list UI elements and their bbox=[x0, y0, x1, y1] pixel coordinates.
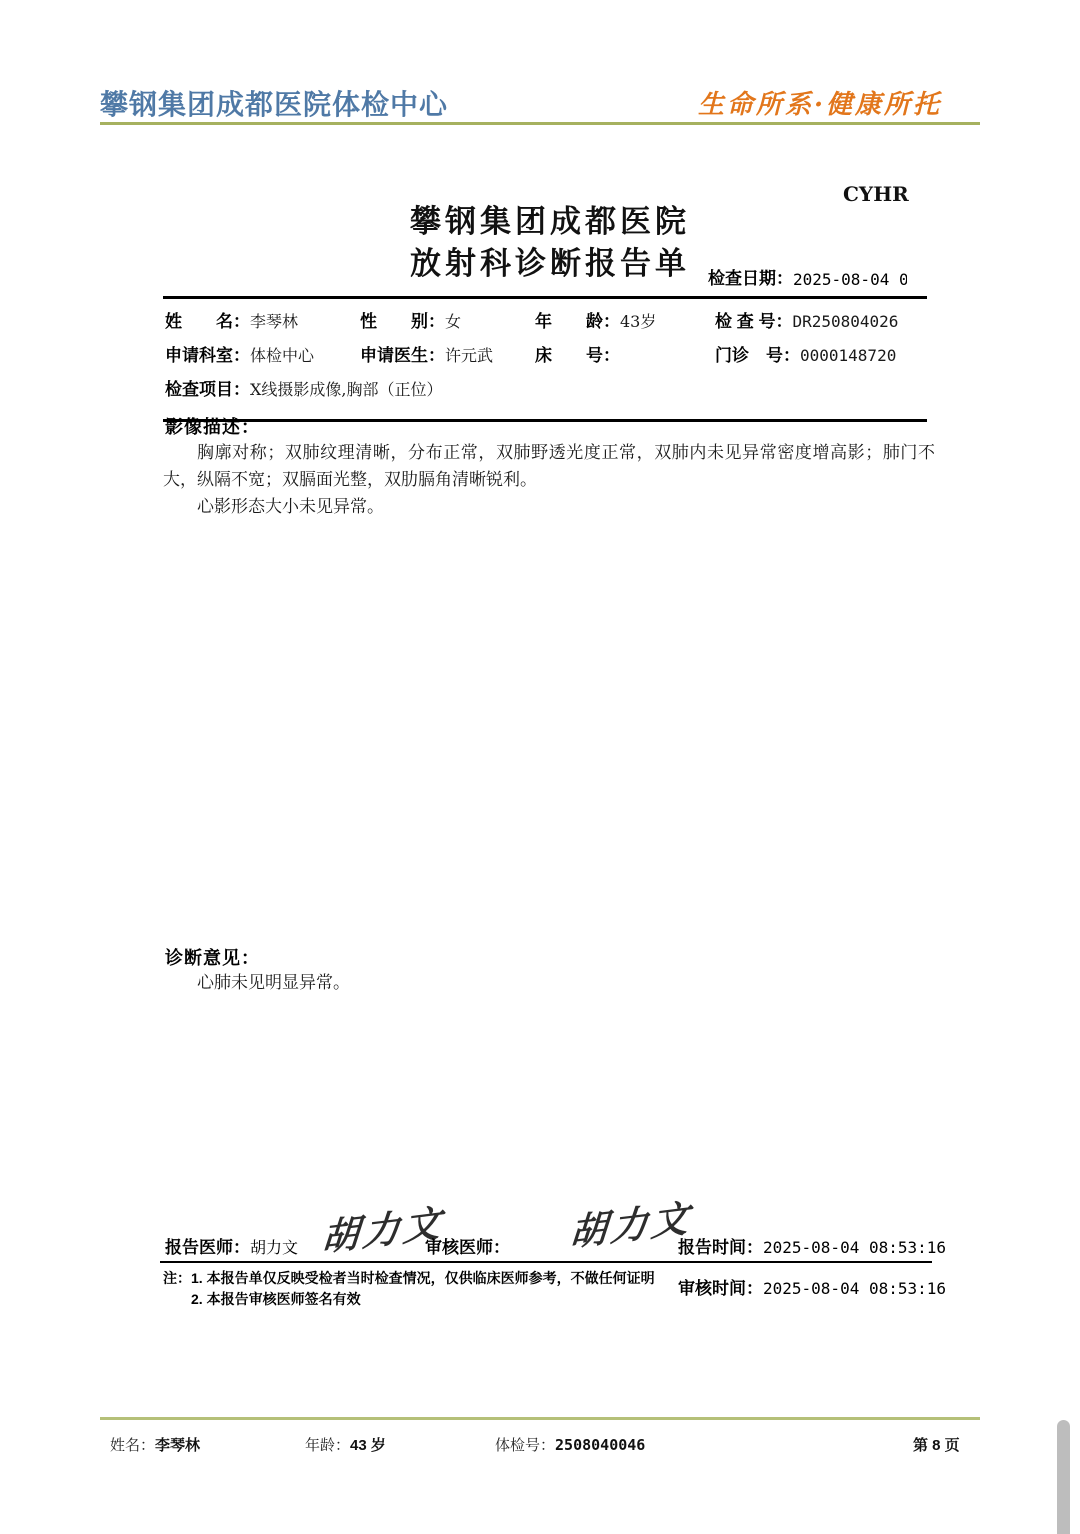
exam-date-label: 检查日期： bbox=[708, 269, 793, 288]
findings-paragraph-2: 心影形态大小未见异常。 bbox=[163, 494, 935, 521]
signoff-divider bbox=[160, 1261, 932, 1263]
field-sex: 性 别：女 bbox=[360, 307, 535, 332]
findings-paragraph-1: 胸廓对称；双肺纹理清晰，分布正常，双肺野透光度正常，双肺内未见异常密度增高影；肺… bbox=[163, 440, 935, 494]
report-notes: 注：1. 本报告单仅反映受检者当时检查情况，仅供临床医师参考，不做任何证明 2.… bbox=[163, 1268, 678, 1310]
findings-body: 胸廓对称；双肺纹理清晰，分布正常，双肺野透光度正常，双肺内未见异常密度增高影；肺… bbox=[163, 440, 935, 521]
patient-row-1: 姓 名：李琴林 性 别：女 年 龄：43岁 检 查 号：DR250804026 bbox=[165, 307, 927, 341]
patient-row-2: 申请科室：体检中心 申请医生：许元武 床 号： 门诊 号：0000148720 bbox=[165, 341, 927, 375]
note-line-1: 注：1. 本报告单仅反映受检者当时检查情况，仅供临床医师参考，不做任何证明 bbox=[163, 1268, 678, 1289]
patient-row-3: 检查项目：X线摄影成像,胸部（正位） bbox=[165, 375, 927, 409]
review-doctor-signature: 胡力文 bbox=[568, 1187, 695, 1257]
field-name: 姓 名：李琴林 bbox=[165, 307, 360, 332]
report-title-line1: 攀钢集团成都医院 bbox=[110, 196, 990, 241]
report-doctor: 报告医师：胡力文 bbox=[165, 1233, 298, 1258]
note-line-2: 2. 本报告审核医师签名有效 bbox=[163, 1289, 678, 1310]
footer-page-indicator: 第 8 页 bbox=[913, 1434, 960, 1455]
org-header-band: 攀钢集团成都医院体检中心 生命所系·健康所托 bbox=[100, 82, 980, 125]
findings-heading: 影像描述： bbox=[165, 413, 260, 439]
footer-exam-no: 体检号：2508040046 bbox=[495, 1434, 645, 1455]
exam-date: 检查日期：2025-08-04 0 bbox=[708, 264, 907, 289]
field-bed-no: 床 号： bbox=[535, 341, 715, 366]
org-name: 攀钢集团成都医院体检中心 bbox=[100, 88, 448, 122]
footer-divider bbox=[100, 1417, 980, 1420]
review-doctor: 审核医师： bbox=[425, 1233, 510, 1258]
field-exam-no: 检 查 号：DR250804026 bbox=[715, 307, 927, 332]
report-doctor-name: 胡力文 bbox=[250, 1238, 298, 1257]
footer-age: 年龄：43 岁 bbox=[305, 1434, 386, 1455]
radiology-report-page: 攀钢集团成都医院体检中心 生命所系·健康所托 CYHR 攀钢集团成都医院 放射科… bbox=[0, 0, 1080, 1534]
report-time-value: 2025-08-04 08:53:16 bbox=[763, 1238, 946, 1257]
report-time: 报告时间：2025-08-04 08:53:16 bbox=[678, 1233, 946, 1258]
field-age: 年 龄：43岁 bbox=[535, 307, 715, 332]
vertical-scrollbar-thumb[interactable] bbox=[1057, 1420, 1070, 1534]
diagnosis-heading: 诊断意见： bbox=[165, 944, 260, 970]
field-outpatient-no: 门诊 号：0000148720 bbox=[715, 341, 927, 366]
diagnosis-text: 心肺未见明显异常。 bbox=[163, 970, 935, 997]
footer-name: 姓名：李琴林 bbox=[110, 1434, 200, 1455]
org-slogan: 生命所系·健康所托 bbox=[698, 88, 942, 122]
exam-date-value: 2025-08-04 0 bbox=[793, 270, 907, 289]
field-exam-item: 检查项目：X线摄影成像,胸部（正位） bbox=[165, 375, 442, 400]
review-time-value: 2025-08-04 08:53:16 bbox=[763, 1279, 946, 1298]
review-time: 审核时间：2025-08-04 08:53:16 bbox=[678, 1274, 946, 1299]
patient-info-table: 姓 名：李琴林 性 别：女 年 龄：43岁 检 查 号：DR250804026 … bbox=[163, 296, 927, 422]
field-request-doctor: 申请医生：许元武 bbox=[360, 341, 535, 366]
field-request-dept: 申请科室：体检中心 bbox=[165, 341, 360, 366]
